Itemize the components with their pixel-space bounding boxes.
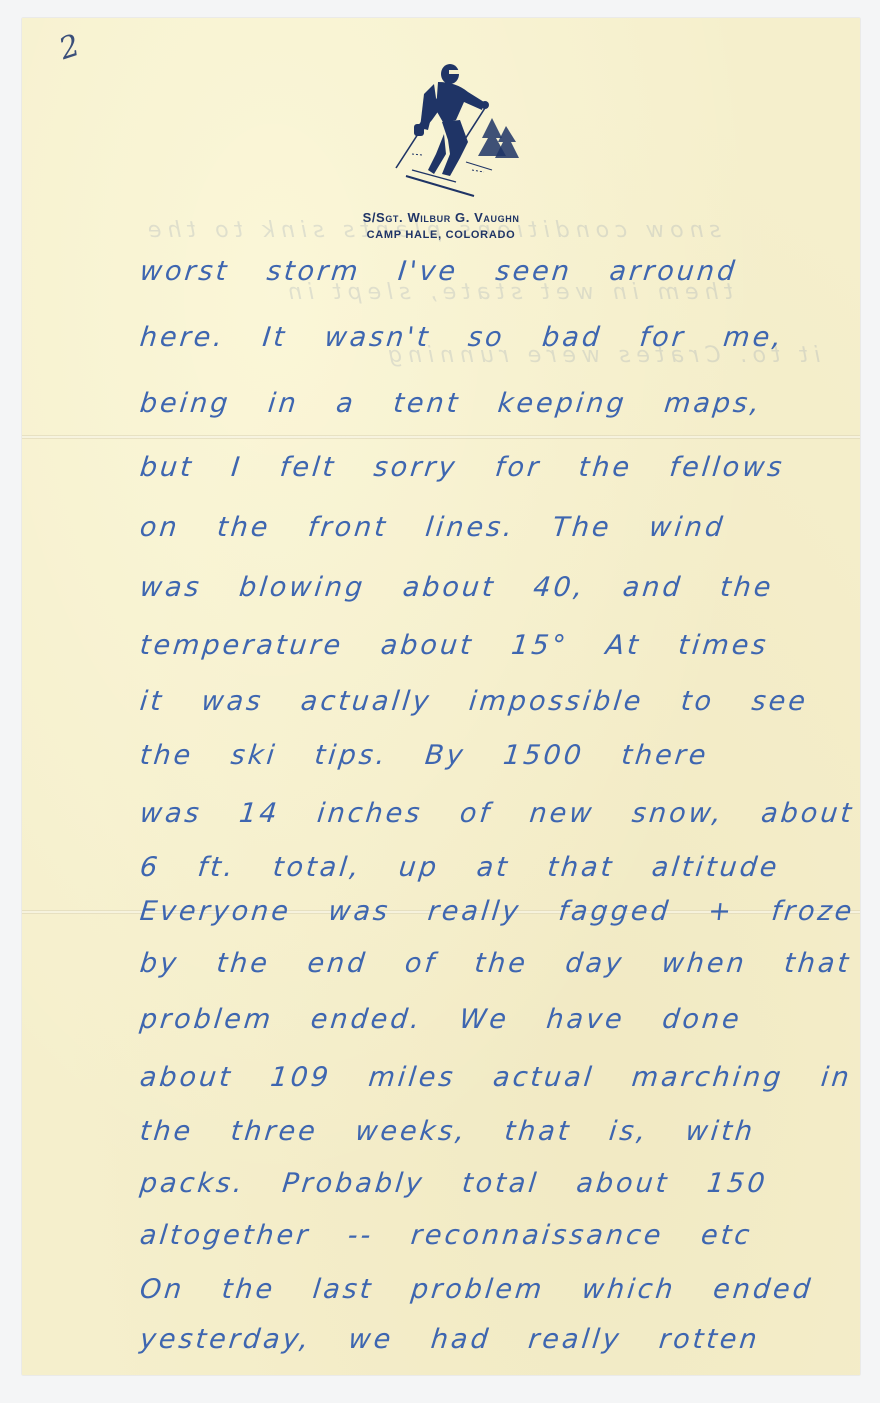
body-line: the three weeks, that is, with [138,1116,861,1147]
body-line: was 14 inches of new snow, about [138,798,861,829]
body-line: temperature about 15° At times [138,630,861,661]
body-line: the ski tips. By 1500 there [138,740,861,771]
body-line: was blowing about 40, and the [138,572,861,603]
body-line: on the front lines. The wind [138,512,861,543]
body-line: packs. Probably total about 150 [138,1168,861,1199]
body-line: about 109 miles actual marching in [138,1062,861,1093]
body-line: it was actually impossible to see [138,686,861,717]
body-line: problem ended. We have done [138,1004,861,1035]
letter-page: snow conditions plants sink to the them … [22,18,860,1375]
body-line: 6 ft. total, up at that altitude [138,852,861,883]
letter-body: worst storm I've seen arround here. It w… [22,18,860,1375]
body-line: Everyone was really fagged + froze [138,896,861,927]
body-line: yesterday, we had really rotten [138,1324,861,1355]
body-line: altogether -- reconnaissance etc [138,1220,861,1251]
body-line: here. It wasn't so bad for me, [138,322,861,353]
body-line: by the end of the day when that [138,948,861,979]
body-line: but I felt sorry for the fellows [138,452,861,483]
body-line: worst storm I've seen arround [138,256,861,287]
body-line: On the last problem which ended [138,1274,861,1305]
body-line: being in a tent keeping maps, [138,388,861,419]
